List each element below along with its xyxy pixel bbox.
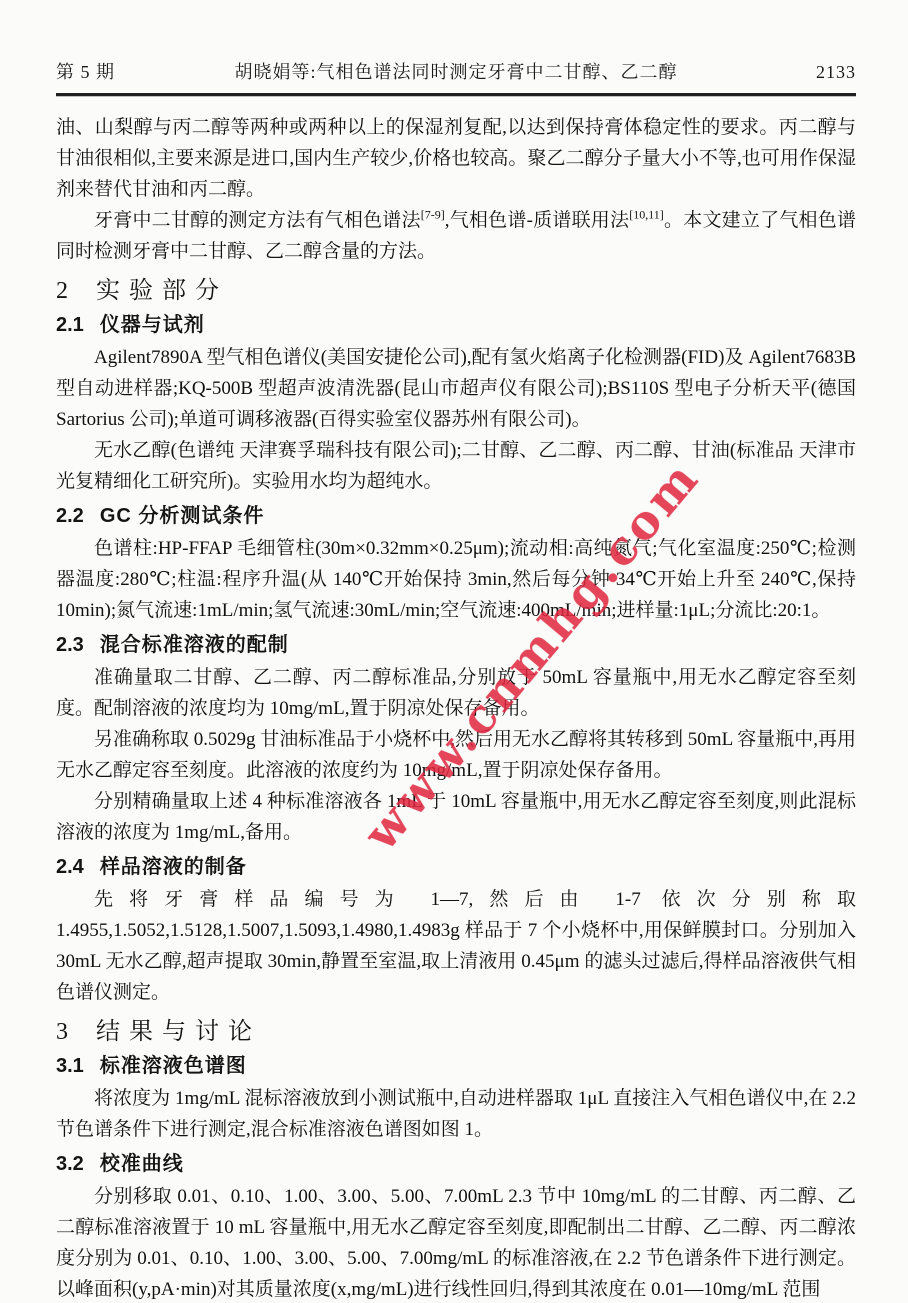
subsection-title: 标准溶液色谱图	[100, 1055, 247, 1077]
paragraph-reagents: 无水乙醇(色谱纯 天津赛孚瑞科技有限公司);二甘醇、乙二醇、丙二醇、甘油(标准品…	[56, 435, 856, 497]
subsection-number: 2.1	[56, 314, 84, 336]
reference-citation: [10,11]	[629, 208, 664, 222]
paragraph-gc-conditions: 色谱柱:HP-FFAP 毛细管柱(30m×0.32mm×0.25μm);流动相:…	[56, 533, 856, 626]
subsection-number: 3.2	[56, 1153, 84, 1175]
section-title: 实验部分	[96, 278, 228, 304]
subsection-heading-standard-chromatogram: 3.1标准溶液色谱图	[56, 1053, 856, 1080]
paragraph-calibration-curve: 分别移取 0.01、0.10、1.00、3.00、5.00、7.00mL 2.3…	[56, 1181, 856, 1303]
subsection-title: GC 分析测试条件	[100, 505, 265, 527]
section-heading-results-discussion: 3结果与讨论	[56, 1017, 856, 1047]
issue-label: 第 5 期	[56, 58, 176, 84]
paragraph-intro-continuation: 油、山梨醇与丙二醇等两种或两种以上的保湿剂复配,以达到保持膏体稳定性的要求。丙二…	[56, 112, 856, 205]
subsection-title: 混合标准溶液的配制	[100, 634, 289, 656]
subsection-heading-standard-solutions: 2.3混合标准溶液的配制	[56, 632, 856, 659]
subsection-heading-calibration-curve: 3.2校准曲线	[56, 1151, 856, 1178]
paper-page: 第 5 期 胡晓娟等:气相色谱法同时测定牙膏中二甘醇、乙二醇 2133 油、山梨…	[0, 0, 908, 1303]
reference-citation: [7-9]	[421, 208, 445, 222]
text-run: 牙膏中二甘醇的测定方法有气相色谱法	[94, 210, 421, 231]
page-header: 第 5 期 胡晓娟等:气相色谱法同时测定牙膏中二甘醇、乙二醇 2133	[56, 58, 856, 84]
paragraph-instruments: Agilent7890A 型气相色谱仪(美国安捷伦公司),配有氢火焰离子化检测器…	[56, 342, 856, 435]
section-number: 2	[56, 278, 68, 304]
text-run: ,气相色谱-质谱联用法	[445, 210, 630, 231]
subsection-heading-gc-conditions: 2.2GC 分析测试条件	[56, 503, 856, 530]
section-title: 结果与讨论	[96, 1019, 261, 1045]
subsection-number: 2.3	[56, 634, 84, 656]
section-number: 3	[56, 1019, 68, 1045]
subsection-number: 2.2	[56, 505, 84, 527]
paragraph-standard-prep-3: 分别精确量取上述 4 种标准溶液各 1mL 于 10mL 容量瓶中,用无水乙醇定…	[56, 786, 856, 848]
subsection-title: 仪器与试剂	[100, 314, 205, 336]
header-rule	[56, 93, 856, 96]
subsection-number: 3.1	[56, 1055, 84, 1077]
subsection-title: 样品溶液的制备	[100, 856, 247, 878]
paragraph-standard-chromatogram: 将浓度为 1mg/mL 混标溶液放到小测试瓶中,自动进样器取 1μL 直接注入气…	[56, 1083, 856, 1145]
subsection-heading-instruments-reagents: 2.1仪器与试剂	[56, 312, 856, 339]
page-number: 2133	[736, 62, 856, 83]
subsection-number: 2.4	[56, 856, 84, 878]
section-heading-experimental: 2实验部分	[56, 276, 856, 306]
subsection-title: 校准曲线	[100, 1153, 184, 1175]
running-title: 胡晓娟等:气相色谱法同时测定牙膏中二甘醇、乙二醇	[176, 58, 736, 84]
paragraph-sample-prep: 先将牙膏样品编号为 1—7,然后由 1-7 依次分别称取 1.4955,1.50…	[56, 884, 856, 1008]
paragraph-determination-methods: 牙膏中二甘醇的测定方法有气相色谱法[7-9],气相色谱-质谱联用法[10,11]…	[56, 205, 856, 267]
subsection-heading-sample-prep: 2.4样品溶液的制备	[56, 854, 856, 881]
